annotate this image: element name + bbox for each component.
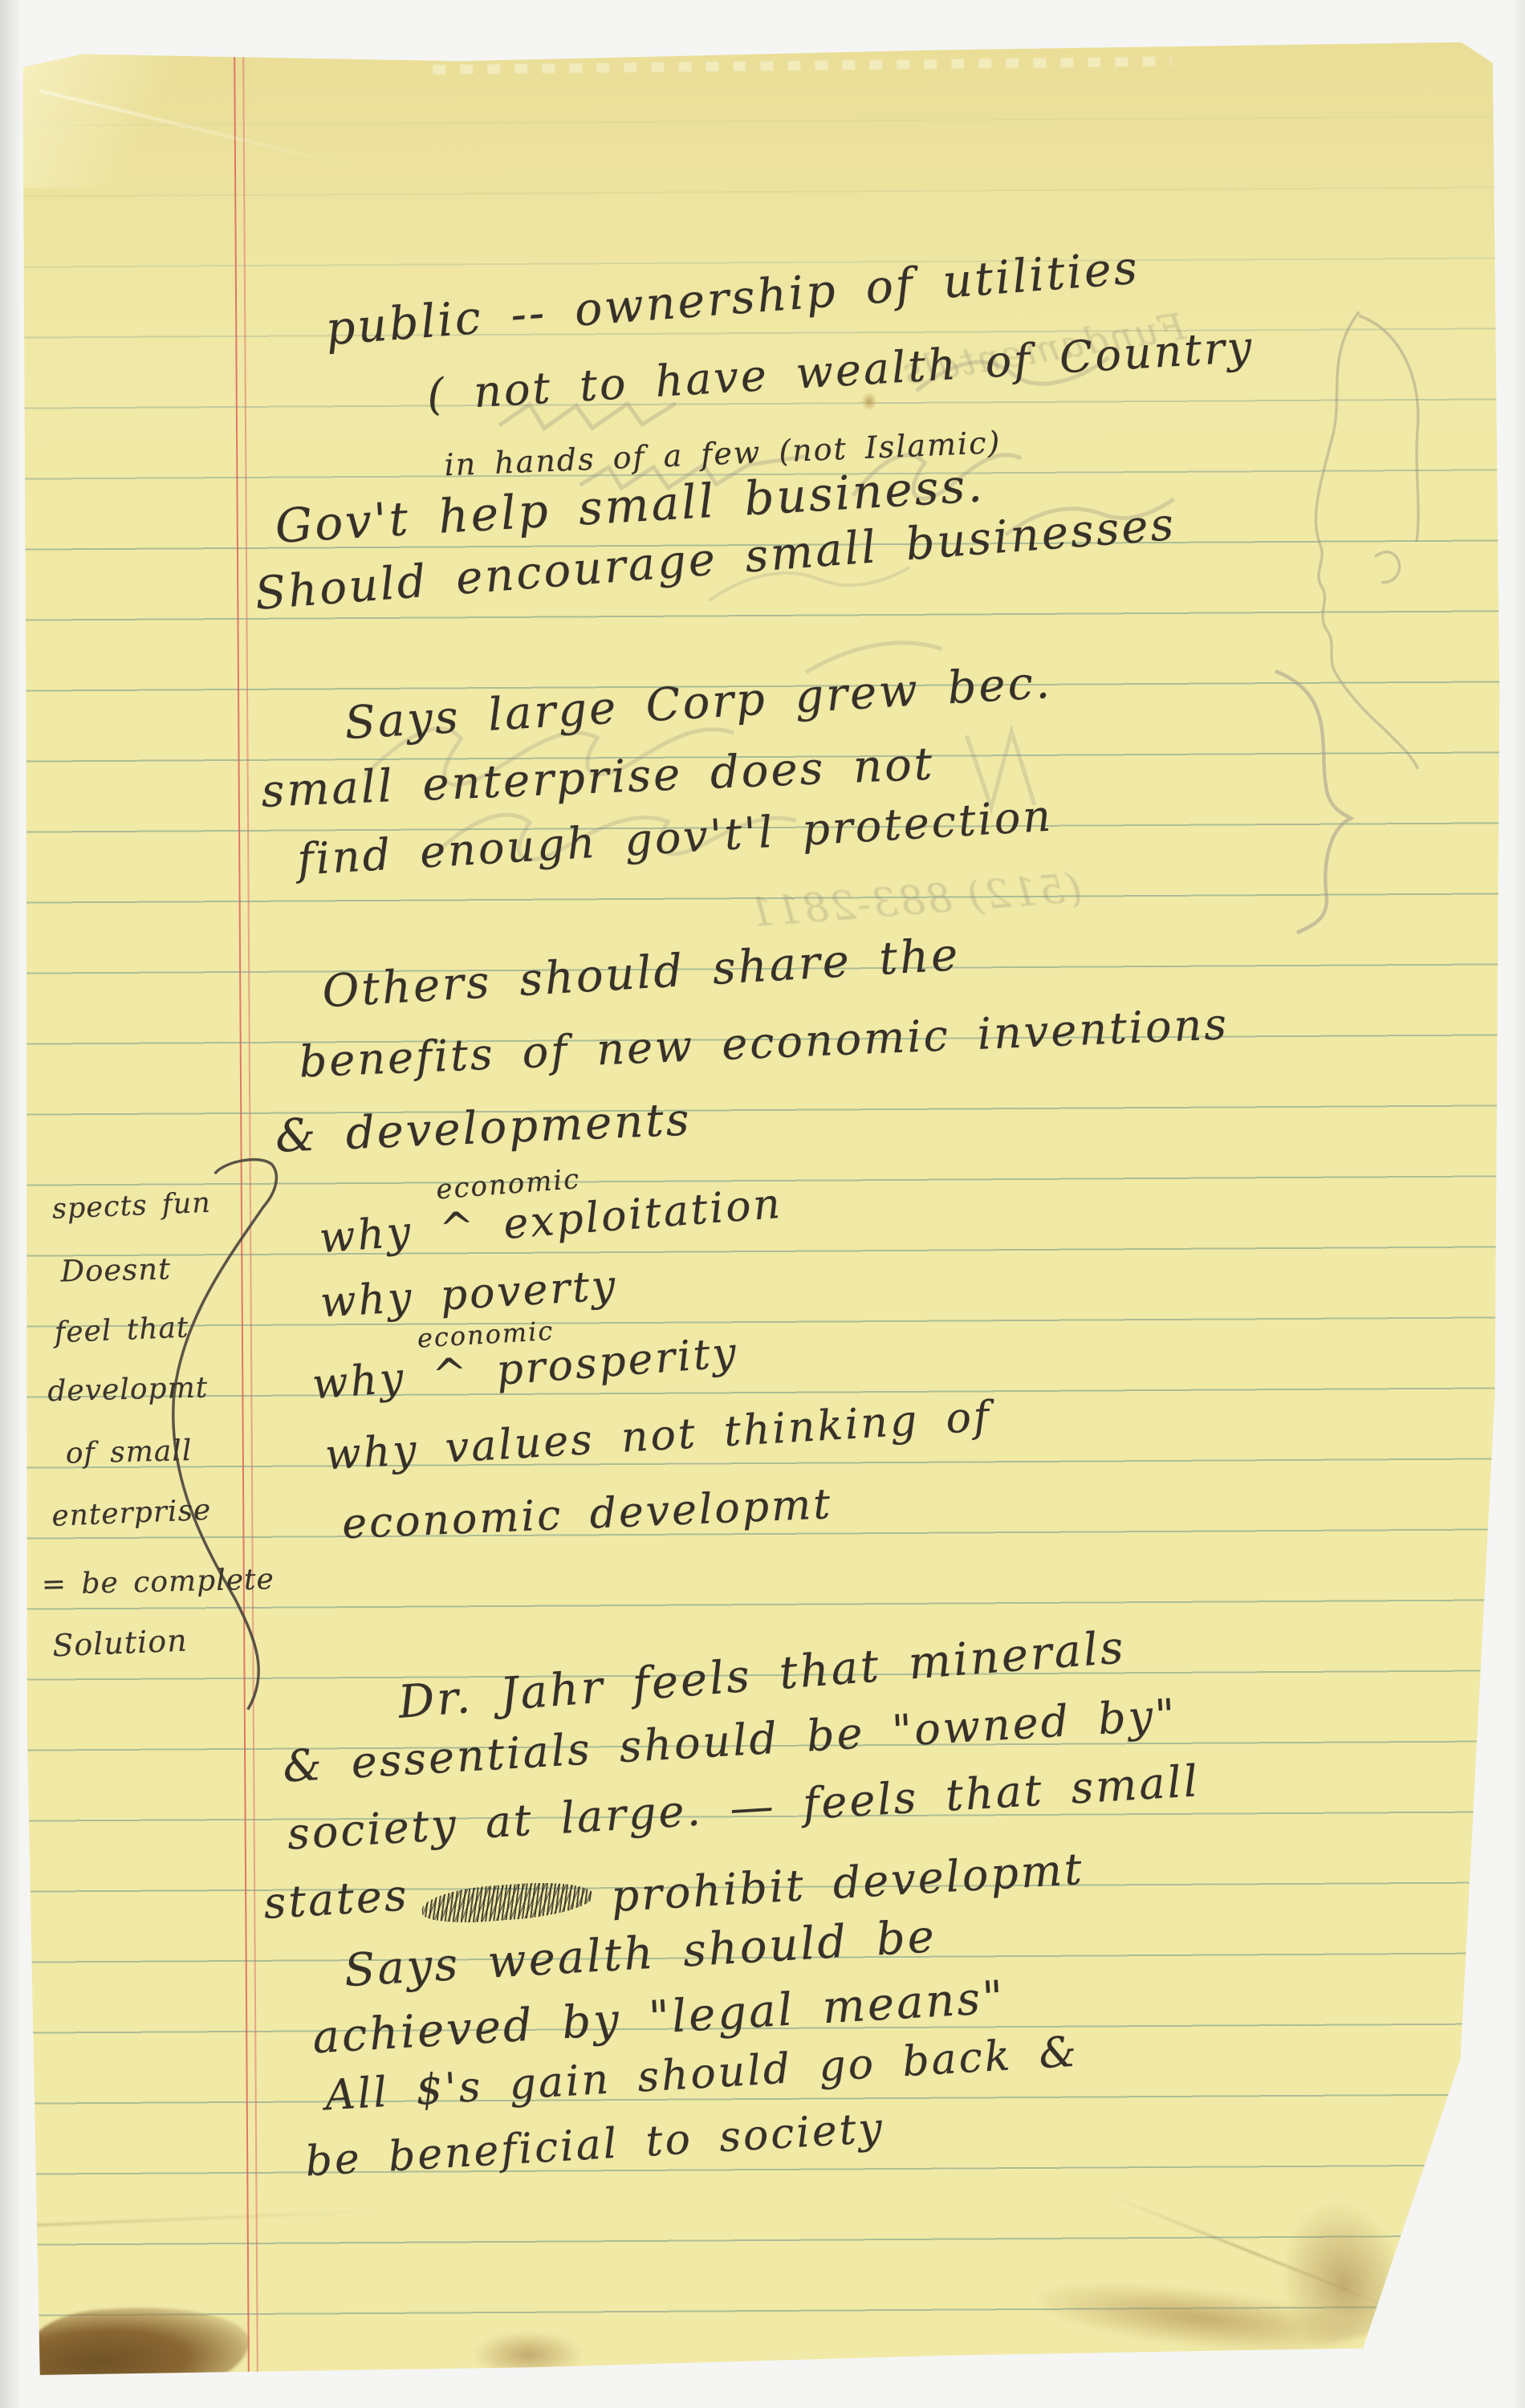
handwriting-line: be beneficial to society xyxy=(304,2104,886,2186)
ghost-text-phone-number: (512) 883-2811 xyxy=(746,864,1084,937)
handwriting-line: benefits of new economic inventions xyxy=(298,999,1230,1087)
handwriting-line: & developments xyxy=(274,1093,693,1162)
margin-note: Solution xyxy=(51,1622,188,1663)
handwriting-line: states xyxy=(262,1869,410,1928)
pencil-brace-icon xyxy=(1275,671,1352,934)
handwriting-line: economic developmt xyxy=(341,1480,833,1548)
curled-corner-top-left xyxy=(15,50,257,188)
handwriting-line: why poverty xyxy=(319,1262,619,1328)
margin-note: enterprise xyxy=(51,1494,213,1533)
paper-crease xyxy=(1112,2195,1396,2310)
stain-bottom-left xyxy=(22,2301,252,2404)
handwriting-line: Says large Corp grew bec. xyxy=(344,657,1054,750)
handwriting-line: why values not thinking of xyxy=(324,1393,993,1479)
scribbled-out-word xyxy=(421,1878,596,1926)
notepad-page: Fundamentals (512) 883-2811 xyxy=(15,42,1511,2382)
stain-corner-fold xyxy=(1268,2191,1415,2350)
scanner-background: Fundamentals (512) 883-2811 xyxy=(0,0,1525,2408)
margin-note: of small xyxy=(65,1434,192,1470)
margin-note: feel that xyxy=(54,1311,189,1349)
margin-note: spects fun xyxy=(51,1187,211,1226)
stain-bottom-right xyxy=(1035,2272,1360,2365)
margin-note: Doesnt xyxy=(60,1251,172,1288)
handwriting-line: prohibit developmt xyxy=(610,1844,1086,1922)
paper-crease xyxy=(29,2210,374,2227)
margin-note: developmt xyxy=(47,1371,209,1408)
handwriting-line: Others should share the xyxy=(321,929,962,1018)
margin-note: = be complete xyxy=(41,1563,274,1601)
stain-bottom-center xyxy=(476,2332,580,2377)
